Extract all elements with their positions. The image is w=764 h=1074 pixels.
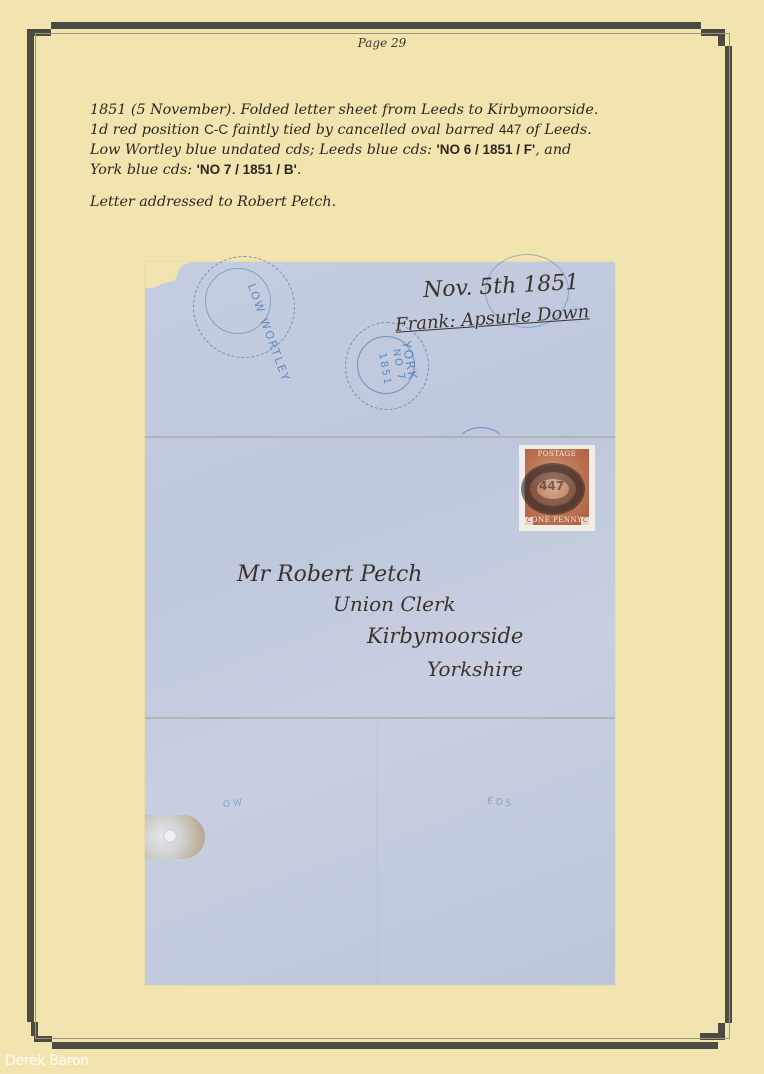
description-line-3c: , and — [535, 142, 571, 158]
frame-bottom — [52, 1042, 718, 1049]
leeds-cds-date: 'NO 6 / 1851 / F' — [436, 142, 535, 157]
wax-seal-remnant — [145, 815, 205, 859]
back-postmark-right: EDS — [486, 796, 514, 810]
frame-left — [27, 44, 34, 1022]
description-line-2c: faintly tied by cancelled oval barred — [228, 122, 499, 138]
stamp-postage-label: POSTAGE — [525, 450, 589, 458]
description-paragraph-2: Letter addressed to Robert Petch. — [90, 192, 690, 212]
torn-corner — [145, 262, 191, 296]
watermark-author: Derek Baron — [5, 1053, 89, 1069]
stamp-design: POSTAGE ONE PENNY C C 447 — [525, 449, 589, 525]
description-line-2a: 1d red position — [90, 122, 204, 138]
back-postmark-left: OW — [223, 798, 246, 810]
fold-line-lower — [145, 717, 615, 719]
penny-red-stamp: POSTAGE ONE PENNY C C 447 — [519, 445, 595, 531]
description-line-2e: of Leeds. — [521, 122, 591, 138]
cancel-number-on-stamp: 447 — [539, 479, 564, 493]
address-line-4: Yorkshire — [427, 657, 523, 681]
fold-line-vertical — [377, 722, 378, 985]
fold-line-upper — [145, 436, 615, 438]
description-line-4c: . — [297, 162, 302, 178]
stamp-corner-letter-left: C — [525, 517, 533, 525]
seal-hole — [163, 829, 177, 843]
stamp-corner-letter-right: C — [581, 517, 589, 525]
frame-top-main — [51, 22, 701, 29]
address-line-3: Kirbymoorside — [367, 624, 523, 648]
description-line-1: 1851 (5 November). Folded letter sheet f… — [90, 102, 598, 118]
address-line-2: Union Clerk — [333, 592, 456, 616]
stamp-value-label: ONE PENNY — [525, 516, 589, 524]
cancel-number: 447 — [499, 122, 522, 137]
description-paragraph-1: 1851 (5 November). Folded letter sheet f… — [90, 100, 690, 180]
address-line-1: Mr Robert Petch — [237, 562, 422, 587]
letter-sheet-image: LOW WORTLEY YORK NO 7 1851 Nov. 5th 1851… — [145, 262, 615, 985]
description-line-4a: York blue cds: — [90, 162, 197, 178]
york-cds-date: 'NO 7 / 1851 / B' — [197, 162, 297, 177]
stamp-position: C-C — [204, 122, 228, 137]
partial-postmark-arc — [455, 427, 507, 469]
description: 1851 (5 November). Folded letter sheet f… — [90, 100, 690, 224]
page-number: Page 29 — [0, 36, 764, 50]
description-line-3a: Low Wortley blue undated cds; Leeds blue… — [90, 142, 436, 158]
